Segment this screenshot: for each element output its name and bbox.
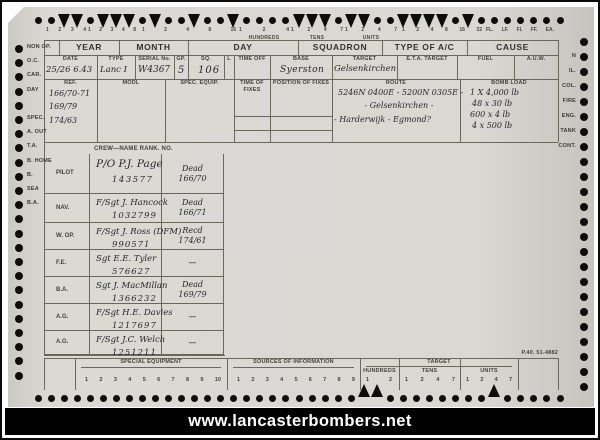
punch-hole [580, 383, 588, 391]
punch-hole [15, 230, 23, 238]
punch-hole [48, 395, 55, 402]
punch-hole [580, 158, 588, 166]
punch-hole [204, 17, 211, 24]
base-value: Syerston [280, 65, 324, 76]
punch-hole [478, 395, 485, 402]
punch-hole [15, 159, 23, 167]
punch-hole [178, 17, 185, 24]
edge-label-left: CAR. [27, 72, 55, 78]
crew-service-number: 1217697 [96, 321, 161, 331]
punch-hole [557, 17, 564, 24]
crew-name-cell: F/Sgt H.E. Davies1217697 [90, 304, 162, 330]
punch-hole [191, 395, 198, 402]
punch-hole [15, 301, 23, 309]
crew-name: Sgt J. MacMillan [96, 281, 161, 291]
punch-hole [580, 233, 588, 241]
edge-label-right: N [542, 53, 576, 59]
punch-hole [152, 395, 159, 402]
punch-hole [15, 130, 23, 138]
edge-label-right: IL. [542, 68, 576, 74]
l-label: L [224, 56, 234, 63]
punch-notch [58, 14, 70, 28]
route-label: ROUTE [332, 80, 460, 87]
crew-service-number: 1032799 [96, 211, 161, 221]
punch-hole [387, 395, 394, 402]
punch-hole [580, 98, 588, 106]
scale-group: 1247TENS [291, 27, 343, 41]
gp-label: GP. [174, 56, 188, 63]
month-header: MONTH [119, 40, 188, 55]
site-bar: www.lancasterbombers.net [5, 408, 595, 435]
sq-value: 106 [198, 65, 220, 76]
punch-hole [465, 395, 472, 402]
scale-group: 12481632 [402, 27, 482, 33]
crew-service-number: 990571 [96, 240, 161, 250]
punch-hole [15, 201, 23, 209]
punch-notch [462, 14, 474, 28]
punch-hole [243, 17, 250, 24]
punch-hole [139, 395, 146, 402]
punch-hole [504, 395, 511, 402]
crew-name-cell: Sgt E.E. Tyler576627 [90, 250, 162, 276]
edge-label-left: A. OUT [27, 129, 55, 135]
grid-line [234, 130, 332, 131]
scale-digits: FL.LF.FI.FF.EA. [486, 27, 554, 33]
punch-hole [15, 272, 23, 280]
grid-line [97, 79, 98, 142]
site-url: www.lancasterbombers.net [188, 408, 412, 435]
punch-hole [426, 395, 433, 402]
time-off-label: TIME OFF [234, 56, 270, 63]
crew-role-label: F.E. [44, 250, 90, 276]
punch-hole [15, 45, 23, 53]
punch-hole [15, 73, 23, 81]
punch-hole [100, 395, 107, 402]
fuel-label: FUEL [457, 56, 514, 63]
punch-hole [517, 17, 524, 24]
punch-hole [243, 395, 250, 402]
scale-digits: 124816 [142, 27, 236, 33]
punch-notch [397, 14, 409, 28]
punch-hole [580, 293, 588, 301]
crew-row: PILOTP/O P.J. Page143577Dead166/70 [44, 154, 224, 194]
punch-hole [517, 395, 524, 402]
crew-fate-note: Recd174/61 [162, 223, 224, 249]
scale-digits: 12348 [88, 27, 136, 33]
punch-hole [557, 395, 564, 402]
base-label: BASE [270, 56, 332, 63]
scale-digits: 1234 [46, 27, 86, 33]
punch-hole [15, 343, 23, 351]
punch-notch [71, 14, 83, 28]
punch-hole [15, 258, 23, 266]
crew-name-cell: Sgt J. MacMillan1366232 [90, 277, 162, 303]
crew-row: W. OP.F/Sgt J. Ross (DFM)990571Recd174/6… [44, 223, 224, 250]
scale-digits: 1247 [291, 27, 343, 33]
punch-hole [387, 17, 394, 24]
punch-hole [452, 17, 459, 24]
crew-name-cell: F/Sgt J. Ross (DFM)990571 [90, 223, 162, 249]
punch-notch [97, 14, 109, 28]
crew-name-cell: F/Sgt J.C. Welch1251211 [90, 331, 162, 354]
edge-label-right: ENG. [542, 113, 576, 119]
punch-hole [217, 17, 224, 24]
crew-row: A.G.F/Sgt J.C. Welch1251211— [44, 331, 224, 355]
punch-hole [269, 395, 276, 402]
edge-label-right: FIRE [542, 98, 576, 104]
punch-hole [580, 143, 588, 151]
edge-label-right: CONT. [542, 143, 576, 149]
target-section-label: TARGET [360, 359, 518, 366]
edge-label-left: DAY [27, 87, 55, 93]
grid-line [234, 116, 332, 117]
punch-notch [410, 14, 422, 28]
target-subgroup-label: UNITS [460, 368, 518, 375]
crew-name: F/Sgt J.C. Welch [96, 335, 161, 345]
punch-hole [580, 368, 588, 376]
scale-group: 124HUNDREDS [239, 27, 289, 41]
scale-group: FL.LF.FI.FF.EA. [486, 27, 554, 33]
scale-digits: 124 [239, 27, 289, 33]
punch-hole [15, 372, 23, 380]
grid-line [332, 79, 333, 142]
punch-hole [230, 395, 237, 402]
crew-role-label: B.A. [44, 277, 90, 303]
crew-name-cell: F/Sgt J. Hancock1032799 [90, 194, 162, 222]
punch-hole [113, 395, 120, 402]
punch-hole [256, 17, 263, 24]
punch-hole [580, 218, 588, 226]
punch-hole [15, 173, 23, 181]
punch-hole [400, 395, 407, 402]
spec-equip-label: SPEC. EQUIP. [165, 80, 234, 87]
grid-line [366, 366, 512, 367]
scale-group-label: TENS [291, 35, 343, 41]
grid-line [270, 79, 271, 142]
punch-notch [149, 14, 161, 28]
gp-value: 5 [178, 65, 184, 76]
edge-label-left: SPEC. [27, 115, 55, 121]
crew-role-label: W. OP. [44, 223, 90, 249]
punch-hole [543, 395, 550, 402]
route-line-2: - Gelsenkirchen - [338, 100, 460, 111]
scale-digits: 1247 [345, 27, 397, 33]
punch-notch [436, 14, 448, 28]
punch-hole [580, 278, 588, 286]
punch-hole [348, 395, 355, 402]
loss-card: YEAR MONTH DAY SQUADRON TYPE OF A/C CAUS… [8, 7, 594, 407]
route-line-1: 5246N 0400E - 5200N 0305E - [338, 87, 460, 98]
crew-fate-note: — [162, 331, 224, 354]
punch-hole [413, 395, 420, 402]
squadron-header: SQUADRON [298, 40, 382, 55]
punch-notch [488, 384, 500, 397]
crew-fate-note: Dead169/79 [162, 277, 224, 303]
edge-label-right: COL. [542, 83, 576, 89]
punch-hole [580, 173, 588, 181]
target-subgroup-numbers: 1247 [466, 377, 512, 384]
punch-notch [306, 14, 318, 28]
punch-hole [439, 395, 446, 402]
special-equipment-numbers: 12345678910 [85, 377, 221, 384]
crew-row: A.G.F/Sgt H.E. Davies1217697— [44, 304, 224, 331]
grid-line [44, 358, 45, 390]
bomb-load-line-4: 4 x 500 lb [472, 120, 512, 131]
bomb-load-line-3: 600 x 4 lb [470, 109, 510, 120]
grid-line [165, 79, 166, 142]
ref-line-1: 166/70-71 [49, 88, 90, 99]
punch-hole [504, 17, 511, 24]
time-of-fixes-label: TIME OF FIXES [236, 80, 268, 94]
punch-hole [15, 59, 23, 67]
crew-service-number: 1366232 [96, 294, 161, 304]
punch-hole [256, 395, 263, 402]
punch-hole [165, 17, 172, 24]
punch-hole [217, 395, 224, 402]
crew-service-number: 1251211 [96, 348, 161, 358]
target-subgroup-numbers: 1247 [405, 377, 455, 384]
grid-line [233, 367, 354, 368]
crew-name: F/Sgt J. Ross (DFM) [96, 227, 161, 237]
crew-row: F.E.Sgt E.E. Tyler576627— [44, 250, 224, 277]
scan-page: YEAR MONTH DAY SQUADRON TYPE OF A/C CAUS… [0, 0, 600, 440]
punch-hole [296, 395, 303, 402]
crew-name-cell: P/O P.J. Page143577 [90, 154, 162, 193]
crew-role-label: A.G. [44, 331, 90, 354]
grid-line [81, 367, 221, 368]
scale-digits: 12481632 [402, 27, 482, 33]
punch-hole [580, 338, 588, 346]
punch-hole [139, 17, 146, 24]
target-label: TARGET [332, 56, 397, 63]
punch-notch [358, 384, 370, 397]
scale-group: 12348 [88, 27, 136, 33]
target-value: Gelsenkirchen [334, 64, 396, 75]
modl-label: MODL [97, 80, 165, 87]
punch-hole [580, 128, 588, 136]
punch-notch [110, 14, 122, 28]
punch-hole [309, 395, 316, 402]
edge-label-right: TANK [542, 128, 576, 134]
punch-notch [319, 14, 331, 28]
scale-group: 1234 [46, 27, 86, 33]
punch-hole [269, 17, 276, 24]
punch-notch [371, 384, 383, 397]
sources-of-information-label: SOURCES OF INFORMATION [227, 359, 360, 366]
bomb-load-line-1: 1 X 4,000 lb [470, 87, 519, 98]
punch-hole [15, 116, 23, 124]
punch-hole [322, 395, 329, 402]
punch-hole [580, 38, 588, 46]
scale-group-label: HUNDREDS [239, 35, 289, 41]
sq-label: SQ. [188, 56, 224, 63]
punch-hole [452, 395, 459, 402]
target-subgroup-label: HUNDREDS [360, 368, 399, 375]
punch-hole [580, 353, 588, 361]
eta-target-label: E.T.A. TARGET [397, 56, 457, 63]
punch-hole [580, 323, 588, 331]
crew-service-number: 576627 [96, 267, 161, 277]
punch-hole [15, 144, 23, 152]
crew-header: CREW—NAME RANK. NO. [94, 145, 234, 153]
punch-hole [282, 395, 289, 402]
type-of-ac-header: TYPE OF A/C [382, 40, 467, 55]
punch-hole [335, 17, 342, 24]
punch-hole [35, 395, 42, 402]
crew-fate-note: — [162, 304, 224, 330]
punch-hole [165, 395, 172, 402]
punch-notch [227, 14, 239, 28]
punch-hole [87, 395, 94, 402]
type-label: TYPE [97, 56, 135, 63]
scale-group-label: UNITS [345, 35, 397, 41]
scale-group: 124816 [142, 27, 236, 33]
punch-notch [188, 14, 200, 28]
punch-notch [423, 14, 435, 28]
crew-fate-note: — [162, 250, 224, 276]
punch-hole [87, 17, 94, 24]
punch-hole [580, 248, 588, 256]
punch-hole [126, 395, 133, 402]
punch-hole [61, 395, 68, 402]
form-print-number: P.40. 51-4882 [484, 350, 558, 357]
punch-hole [282, 17, 289, 24]
punch-hole [35, 17, 42, 24]
crew-role-label: NAV. [44, 194, 90, 222]
target-subgroup-label: TENS [399, 368, 460, 375]
crew-name: F/Sgt H.E. Davies [96, 308, 161, 318]
sources-numbers: 123456789 [237, 377, 355, 384]
punch-hole [48, 17, 55, 24]
crew-row: B.A.Sgt J. MacMillan1366232Dead169/79 [44, 277, 224, 304]
serial-label: SERIAL No. [135, 56, 174, 63]
punch-hole [478, 17, 485, 24]
punch-hole [15, 329, 23, 337]
crew-name: P/O P.J. Page [96, 158, 161, 170]
punch-hole [530, 17, 537, 24]
type-value: Lanc I [100, 65, 127, 76]
punch-notch [345, 14, 357, 28]
punch-hole [374, 17, 381, 24]
punch-hole [178, 395, 185, 402]
crew-role-label: PILOT [44, 154, 90, 193]
punch-hole [580, 83, 588, 91]
grid-line [44, 142, 558, 143]
scale-group: 1247UNITS [345, 27, 397, 41]
crew-row: NAV.F/Sgt J. Hancock1032799Dead166/71 [44, 194, 224, 223]
punch-hole [580, 53, 588, 61]
punch-notch [293, 14, 305, 28]
edge-label-left: T.A. [27, 143, 55, 149]
punch-hole [15, 187, 23, 195]
grid-line [234, 79, 235, 142]
punch-hole [15, 215, 23, 223]
punch-hole [580, 308, 588, 316]
crew-name: Sgt E.E. Tyler [96, 254, 161, 264]
punch-hole [335, 395, 342, 402]
crew-service-number: 143577 [96, 175, 161, 185]
ref-line-2: 169/79 [49, 101, 77, 112]
crew-fate-note: Dead166/71 [162, 194, 224, 222]
crew-role-label: A.G. [44, 304, 90, 330]
edge-label-left: NON OP. [27, 44, 55, 50]
punch-hole [15, 357, 23, 365]
punch-notch [358, 14, 370, 28]
day-header: DAY [188, 40, 298, 55]
punch-hole [204, 395, 211, 402]
serial-value: W4367 [138, 65, 170, 76]
punch-hole [580, 263, 588, 271]
punch-hole [580, 188, 588, 196]
crew-name: F/Sgt J. Hancock [96, 198, 161, 208]
punch-hole [580, 68, 588, 76]
year-header: YEAR [59, 40, 119, 55]
punch-hole [15, 244, 23, 252]
punch-hole [530, 395, 537, 402]
bomb-load-line-2: 48 x 30 lb [472, 98, 512, 109]
punch-notch [123, 14, 135, 28]
grid-line [518, 358, 519, 390]
position-of-fixes-label: POSITION OF FIXES [271, 80, 331, 87]
crew-fate-note: Dead166/70 [162, 154, 224, 193]
punch-hole [491, 17, 498, 24]
punch-hole [74, 395, 81, 402]
punch-hole [580, 113, 588, 121]
punch-hole [15, 315, 23, 323]
punch-hole [15, 102, 23, 110]
punch-hole [15, 286, 23, 294]
punch-hole [580, 203, 588, 211]
special-equipment-label: SPECIAL EQUIPMENT [75, 359, 227, 366]
edge-label-left: O.C. [27, 58, 55, 64]
punch-hole [15, 88, 23, 96]
punch-hole [543, 17, 550, 24]
route-line-3: - Harderwijk - Egmond? [334, 114, 456, 125]
grid-line [558, 358, 559, 390]
target-subgroup-numbers: 12 [366, 377, 392, 384]
